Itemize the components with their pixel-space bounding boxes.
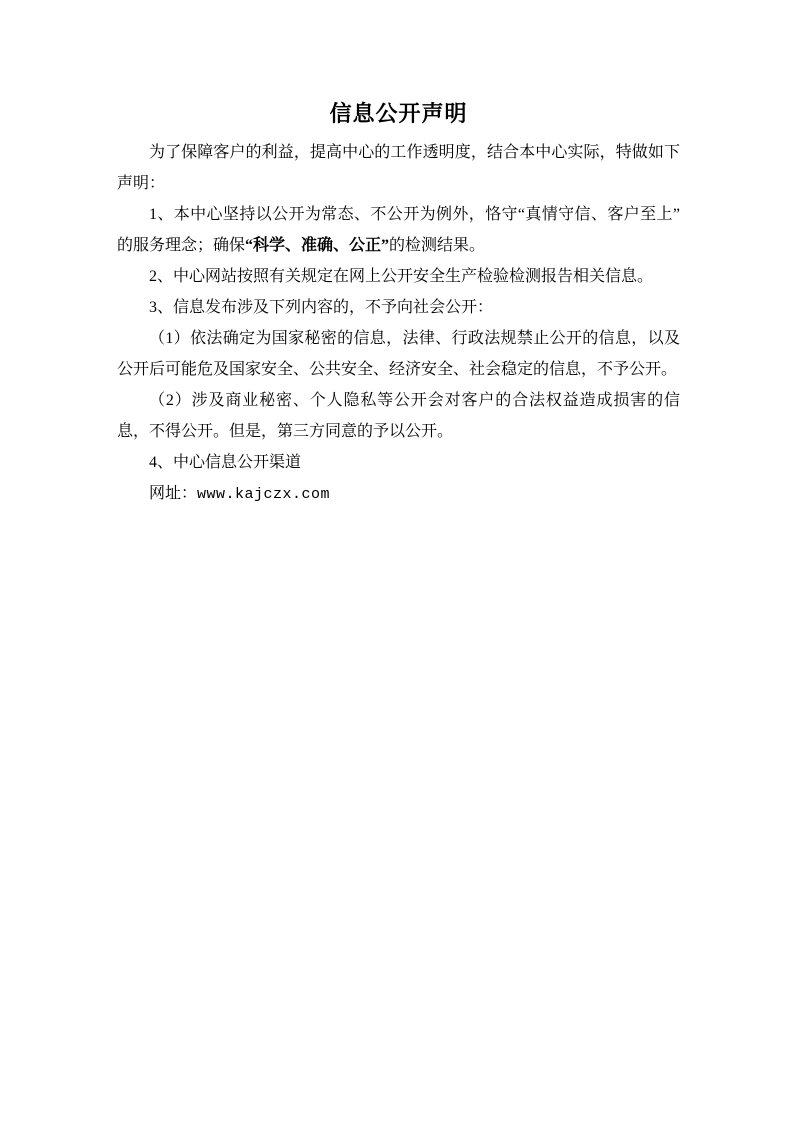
item-1-bold-phrase: “科学、准确、公正”	[245, 237, 389, 254]
item-1-tail-text: 的检测结果。	[389, 237, 485, 254]
website-label: 网址：	[149, 485, 197, 502]
intro-paragraph: 为了保障客户的利益，提高中心的工作透明度，结合本中心实际，特做如下声明：	[117, 137, 680, 199]
document-page: 信息公开声明 为了保障客户的利益，提高中心的工作透明度，结合本中心实际，特做如下…	[0, 0, 793, 1122]
item-2-paragraph: 2、中心网站按照有关规定在网上公开安全生产检验检测报告相关信息。	[117, 261, 680, 292]
website-url: www.kajczx.com	[197, 486, 330, 503]
sub-item-1-paragraph: （1）依法确定为国家秘密的信息，法律、行政法规禁止公开的信息，以及公开后可能危及…	[117, 323, 680, 385]
item-1-paragraph: 1、本中心坚持以公开为常态、不公开为例外，恪守“真情守信、客户至上”的服务理念；…	[117, 199, 680, 261]
page-title: 信息公开声明	[117, 97, 680, 130]
document-content: 信息公开声明 为了保障客户的利益，提高中心的工作透明度，结合本中心实际，特做如下…	[0, 0, 793, 510]
item-3-paragraph: 3、信息发布涉及下列内容的，不予向社会公开：	[117, 292, 680, 323]
item-4-paragraph: 4、中心信息公开渠道	[117, 447, 680, 478]
sub-item-2-paragraph: （2）涉及商业秘密、个人隐私等公开会对客户的合法权益造成损害的信息，不得公开。但…	[117, 385, 680, 447]
website-paragraph: 网址：www.kajczx.com	[117, 478, 680, 510]
